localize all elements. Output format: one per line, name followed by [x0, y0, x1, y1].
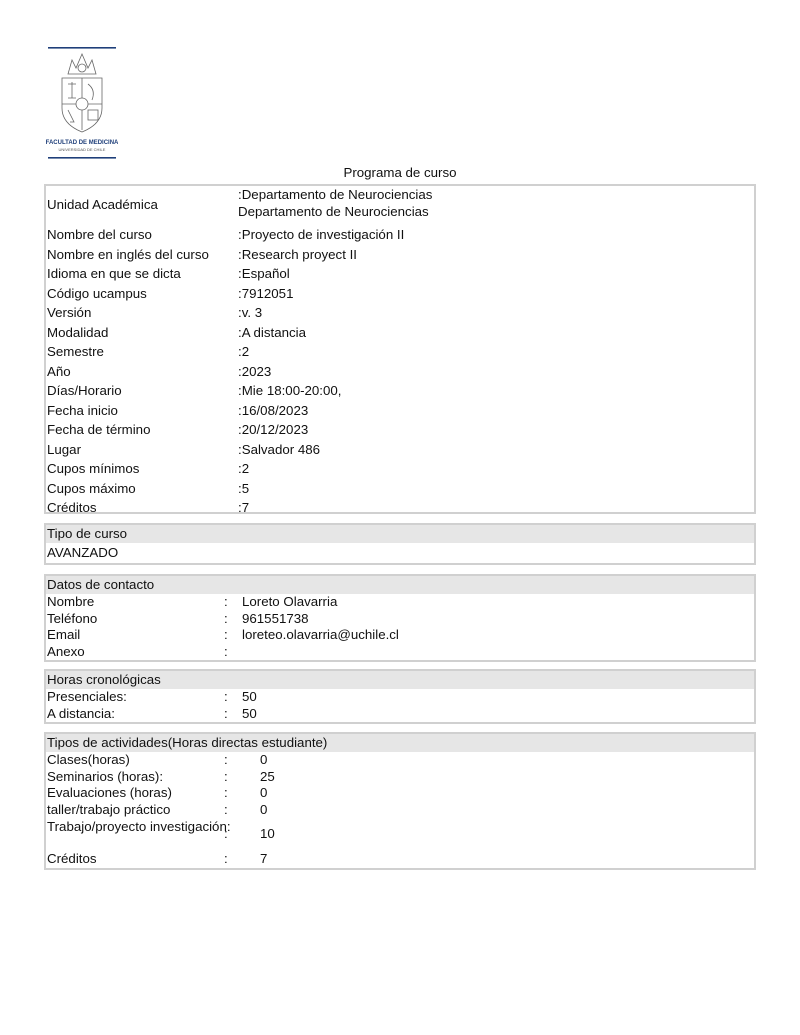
info-row: Nombre del curso:Proyecto de investigaci…: [46, 225, 754, 245]
row-separator: :: [224, 644, 228, 661]
row-label: Clases(horas): [47, 752, 130, 769]
info-row: Año:2023: [46, 362, 754, 382]
row-separator: :: [224, 752, 228, 769]
row-label: Evaluaciones (horas): [47, 785, 172, 802]
unidad-value-line1: :Departamento de Neurociencias: [238, 187, 432, 202]
actividades-row: Créditos:7: [46, 851, 754, 868]
info-value: :Español: [238, 264, 290, 284]
info-label: Cupos mínimos: [47, 459, 139, 479]
info-value: :2: [238, 342, 249, 362]
info-value: :2023: [238, 362, 271, 382]
row-label: Créditos: [47, 851, 97, 868]
row-value: loreteo.olavarria@uchile.cl: [242, 627, 399, 644]
info-value: :Salvador 486: [238, 440, 320, 460]
tipo-curso-section: Tipo de curso AVANZADO: [44, 523, 756, 565]
section-header: Tipo de curso: [46, 525, 754, 543]
info-label: Nombre en inglés del curso: [47, 245, 209, 265]
info-row: Lugar:Salvador 486: [46, 440, 754, 460]
row-separator: :: [224, 627, 228, 644]
info-row: Cupos mínimos:2: [46, 459, 754, 479]
info-label: Año: [47, 362, 71, 382]
info-label: Semestre: [47, 342, 104, 362]
info-value: :Departamento de Neurociencias Departame…: [238, 187, 432, 220]
info-label: Nombre del curso: [47, 225, 152, 245]
contacto-row: Email:loreteo.olavarria@uchile.cl: [46, 627, 754, 644]
info-row: Nombre en inglés del curso:Research proy…: [46, 245, 754, 265]
row-label: Anexo: [47, 644, 85, 661]
actividades-row: Clases(horas):0: [46, 752, 754, 769]
course-info-section: Unidad Académica :Departamento de Neuroc…: [44, 184, 756, 514]
row-value: 7: [260, 851, 267, 868]
contacto-row: Anexo:: [46, 644, 754, 661]
row-value: Loreto Olavarria: [242, 594, 337, 611]
info-label: Lugar: [47, 440, 81, 460]
row-separator: :: [224, 851, 228, 868]
row-separator: :: [224, 802, 228, 819]
info-row: Idioma en que se dicta:Español: [46, 264, 754, 284]
info-label: Código ucampus: [47, 284, 147, 304]
info-value: :20/12/2023: [238, 420, 308, 440]
hours-section: Horas cronológicas Presenciales::50A dis…: [44, 669, 756, 724]
row-label: Email: [47, 627, 80, 644]
info-label: Unidad Académica: [47, 195, 158, 215]
info-row: Cupos máximo:5: [46, 479, 754, 499]
horas-row: A distancia::50: [46, 706, 754, 723]
info-label: Días/Horario: [47, 381, 122, 401]
row-label: Presenciales:: [47, 689, 127, 706]
row-separator: :: [224, 689, 228, 706]
info-label: Versión: [47, 303, 91, 323]
info-row: Fecha inicio:16/08/2023: [46, 401, 754, 421]
row-label: Nombre: [47, 594, 94, 611]
row-separator: :: [224, 785, 228, 802]
actividades-row: Trabajo/proyecto investigación::10: [46, 818, 754, 851]
info-row: Modalidad:A distancia: [46, 323, 754, 343]
row-label: Teléfono: [47, 611, 97, 628]
info-value: :Research proyect II: [238, 245, 357, 265]
section-header: Horas cronológicas: [46, 671, 754, 689]
row-value: 50: [242, 706, 257, 723]
activities-section: Tipos de actividades(Horas directas estu…: [44, 732, 756, 870]
info-value: :5: [238, 479, 249, 499]
svg-text:FACULTAD DE MEDICINA: FACULTAD DE MEDICINA: [46, 140, 118, 146]
info-value: :2: [238, 459, 249, 479]
contacto-row: Teléfono:961551738: [46, 611, 754, 628]
actividades-row: Evaluaciones (horas):0: [46, 785, 754, 802]
row-value: 0: [260, 752, 267, 769]
info-label: Modalidad: [47, 323, 108, 343]
tipo-curso-value: AVANZADO: [46, 543, 754, 563]
info-label: Fecha inicio: [47, 401, 118, 421]
row-label: A distancia:: [47, 706, 115, 723]
horas-row: Presenciales::50: [46, 689, 754, 706]
row-separator: :: [224, 826, 228, 843]
info-row-unidad-academica: Unidad Académica :Departamento de Neuroc…: [46, 186, 754, 225]
actividades-row: taller/trabajo práctico:0: [46, 802, 754, 819]
info-row: Código ucampus:7912051: [46, 284, 754, 304]
info-label: Créditos: [47, 498, 97, 518]
row-separator: :: [224, 769, 228, 786]
info-value: :Mie 18:00-20:00,: [238, 381, 342, 401]
row-separator: :: [224, 611, 228, 628]
faculty-logo: FACULTAD DE MEDICINA UNIVERSIDAD DE CHIL…: [46, 46, 118, 160]
info-value: :Proyecto de investigación II: [238, 225, 404, 245]
info-row: Versión:v. 3: [46, 303, 754, 323]
info-row: Fecha de término:20/12/2023: [46, 420, 754, 440]
row-value: 10: [260, 826, 275, 843]
info-label: Idioma en que se dicta: [47, 264, 181, 284]
section-header: Tipos de actividades(Horas directas estu…: [46, 734, 754, 752]
info-value: :A distancia: [238, 323, 306, 343]
info-label: Fecha de término: [47, 420, 150, 440]
info-row: Semestre:2: [46, 342, 754, 362]
contact-section: Datos de contacto Nombre:Loreto Olavarri…: [44, 574, 756, 662]
info-value: :7912051: [238, 284, 293, 304]
info-row: Días/Horario:Mie 18:00-20:00,: [46, 381, 754, 401]
section-header: Datos de contacto: [46, 576, 754, 594]
row-value: 50: [242, 689, 257, 706]
row-separator: :: [224, 594, 228, 611]
row-value: 25: [260, 769, 275, 786]
unidad-value-line2: Departamento de Neurociencias: [238, 204, 429, 219]
actividades-row: Seminarios (horas)::25: [46, 769, 754, 786]
svg-text:UNIVERSIDAD DE CHILE: UNIVERSIDAD DE CHILE: [59, 147, 106, 152]
row-separator: :: [224, 706, 228, 723]
info-label: Cupos máximo: [47, 479, 136, 499]
row-label: Trabajo/proyecto investigación:: [47, 819, 231, 834]
contacto-row: Nombre:Loreto Olavarria: [46, 594, 754, 611]
row-label: Seminarios (horas):: [47, 769, 163, 786]
info-value: :16/08/2023: [238, 401, 308, 421]
info-value: :7: [238, 498, 249, 518]
row-value: 0: [260, 785, 267, 802]
document-title: Programa de curso: [0, 165, 800, 180]
info-row: Créditos:7: [46, 498, 754, 518]
row-value: 0: [260, 802, 267, 819]
row-value: 961551738: [242, 611, 309, 628]
row-label: taller/trabajo práctico: [47, 802, 170, 819]
university-crest-icon: FACULTAD DE MEDICINA UNIVERSIDAD DE CHIL…: [46, 46, 118, 160]
info-value: :v. 3: [238, 303, 262, 323]
